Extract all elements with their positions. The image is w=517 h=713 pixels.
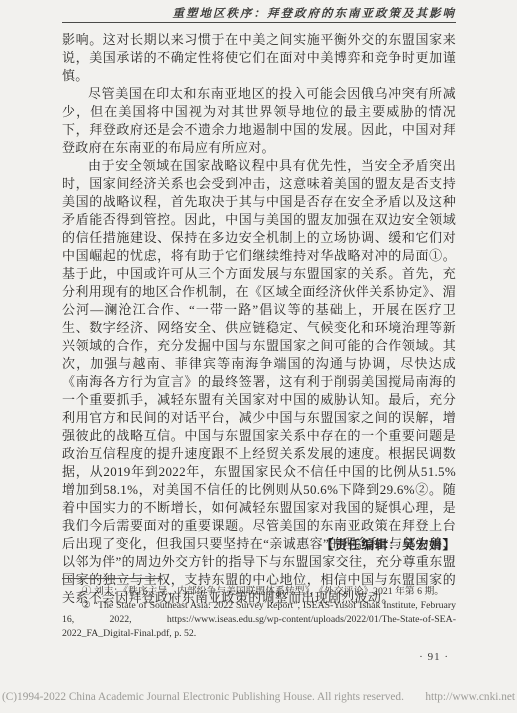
copyright-url: http://www.cnki.net — [425, 691, 515, 703]
footnote-item: ① 刘丰：《秩序主导、内部纷争与美国联盟体系转型》，《外交评论》2021 年第 … — [62, 585, 456, 599]
article-body: 影响。这对长期以来习惯于在中美之间实施平衡外交的东盟国家来说，美国承诺的不确定性… — [62, 31, 456, 607]
body-paragraph: 影响。这对长期以来习惯于在中美之间实施平衡外交的东盟国家来说，美国承诺的不确定性… — [62, 31, 456, 85]
footnote-item: ② “The State of Southeast Asia: 2022 Sur… — [62, 599, 456, 641]
running-head-title: 重塑地区秩序：拜登政府的东南亚政策及其影响 — [173, 5, 457, 21]
page-number: · 91 · — [419, 651, 449, 663]
footnotes-block: ① 刘丰：《秩序主导、内部纷争与美国联盟体系转型》，《外交评论》2021 年第 … — [62, 585, 456, 641]
footnote-separator — [62, 578, 162, 579]
journal-page: 重塑地区秩序：拜登政府的东南亚政策及其影响 影响。这对长期以来习惯于在中美之间实… — [0, 0, 517, 713]
copyright-text: (C)1994-2022 China Academic Journal Elec… — [2, 691, 404, 703]
body-paragraph: 尽管美国在印太和东南亚地区的投入可能会因俄乌冲突有所减少，但在美国将中国视为对其… — [62, 85, 456, 157]
editor-credit: 【责任编辑：吴宏娟】 — [321, 535, 456, 553]
header-rule — [62, 22, 456, 23]
copyright-row: (C)1994-2022 China Academic Journal Elec… — [2, 691, 515, 703]
